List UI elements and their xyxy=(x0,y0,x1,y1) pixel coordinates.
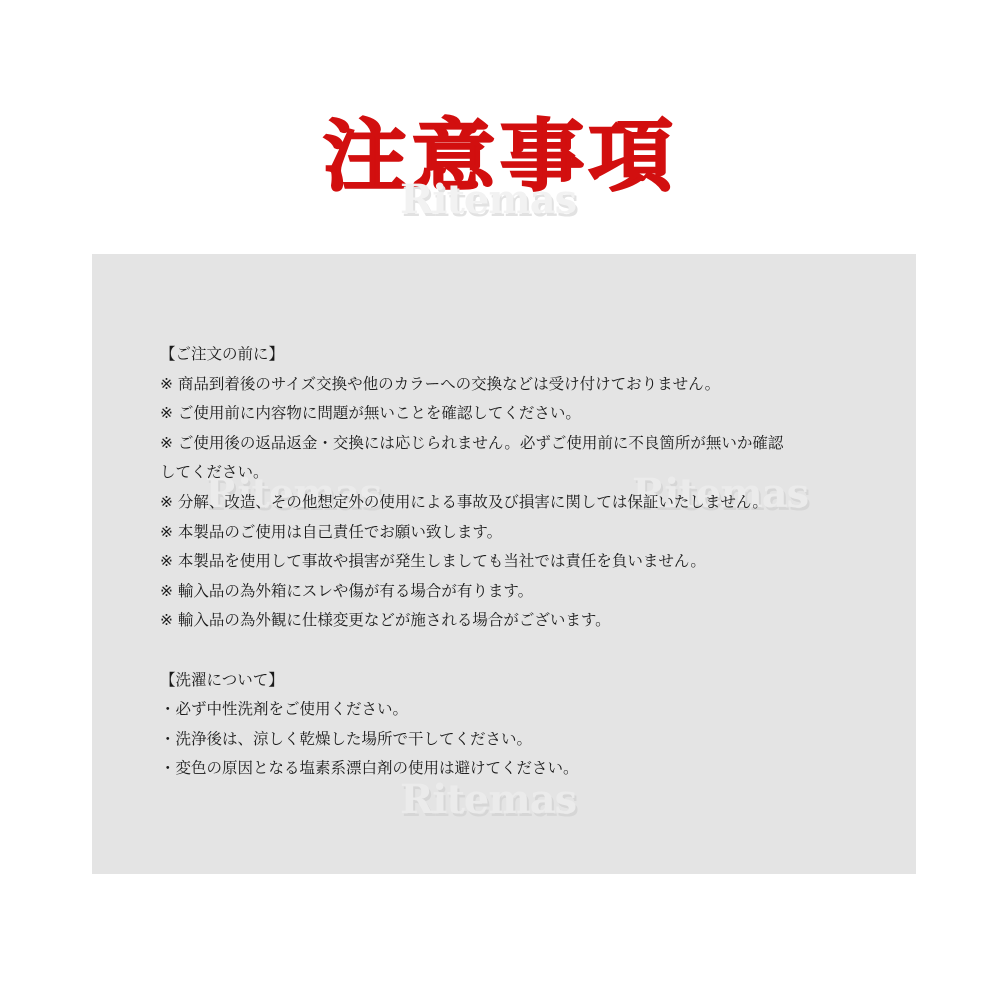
page-title: 注意事項 xyxy=(0,112,1000,202)
notice-line: ※ ご使用後の返品返金・交換には応じられません。必ずご使用前に不良箇所が無いか確… xyxy=(160,429,880,459)
notice-line: ※ 分解、改造、その他想定外の使用による事故及び損害に関しては保証いたしません。 xyxy=(160,488,880,518)
section-heading-washing: 【洗濯について】 xyxy=(160,666,880,696)
notice-line: ※ 本製品のご使用は自己責任でお願い致します。 xyxy=(160,518,880,548)
notice-content: 【ご注文の前に】 ※ 商品到着後のサイズ交換や他のカラーへの交換などは受け付けて… xyxy=(160,340,880,784)
section-heading-before-order: 【ご注文の前に】 xyxy=(160,340,880,370)
notice-line: ※ 輸入品の為外箱にスレや傷が有る場合が有ります。 xyxy=(160,577,880,607)
washing-line: ・必ず中性洗剤をご使用ください。 xyxy=(160,695,880,725)
washing-line: ・洗浄後は、涼しく乾燥した場所で干してください。 xyxy=(160,725,880,755)
notice-line-continuation: してください。 xyxy=(160,458,880,488)
notice-line: ※ ご使用前に内容物に問題が無いことを確認してください。 xyxy=(160,399,880,429)
notice-line: ※ 輸入品の為外観に仕様変更などが施される場合がございます。 xyxy=(160,606,880,636)
notice-line: ※ 商品到着後のサイズ交換や他のカラーへの交換などは受け付けておりません。 xyxy=(160,370,880,400)
section-spacer xyxy=(160,636,880,666)
washing-line: ・変色の原因となる塩素系漂白剤の使用は避けてください。 xyxy=(160,754,880,784)
notice-line: ※ 本製品を使用して事故や損害が発生しましても当社では責任を負いません。 xyxy=(160,547,880,577)
